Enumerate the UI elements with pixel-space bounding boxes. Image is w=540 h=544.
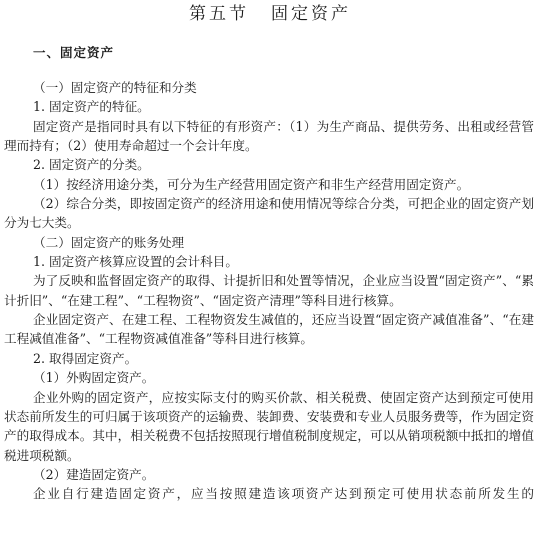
title-section-number: 第五节 [189, 4, 249, 24]
item-classification: 2. 固定资产的分类。 [4, 155, 534, 174]
item-accounts: 1. 固定资产核算应设置的会计科目。 [4, 252, 534, 271]
paragraph-impairment-accounts: 企业固定资产、在建工程、工程物资发生减值的，还应当设置“固定资产减值准备”、“在… [4, 310, 534, 349]
body-text: （一）固定资产的特征和分类 1. 固定资产的特征。 固定资产是指同时具有以下特征… [4, 78, 534, 504]
paragraph-accounts-setup: 为了反映和监督固定资产的取得、计提折旧和处置等情况，企业应当设置“固定资产”、“… [4, 271, 534, 310]
paragraph-classification-by-use: （1）按经济用途分类，可分为生产经营用固定资产和非生产经营用固定资产。 [4, 175, 534, 194]
item-characteristics: 1. 固定资产的特征。 [4, 97, 534, 116]
item-acquisition: 2. 取得固定资产。 [4, 349, 534, 368]
paragraph-definition: 固定资产是指同时具有以下特征的有形资产：（1）为生产商品、提供劳务、出租或经营管… [4, 117, 534, 156]
title-section-name: 固定资产 [271, 4, 351, 24]
subheading-accounting: （二）固定资产的账务处理 [4, 233, 534, 252]
section-heading: 一、固定资产 [33, 44, 114, 62]
paragraph-purchased-cost: 企业外购的固定资产，应按实际支付的购买价款、相关税费、使固定资产达到预定可使用状… [4, 388, 534, 465]
item-purchased-assets: （1）外购固定资产。 [4, 368, 534, 387]
document-page: 第五节固定资产 一、固定资产 （一）固定资产的特征和分类 1. 固定资产的特征。… [0, 0, 540, 544]
subheading-characteristics-classification: （一）固定资产的特征和分类 [4, 78, 534, 97]
item-constructed-assets: （2）建造固定资产。 [4, 465, 534, 484]
page-title: 第五节固定资产 [0, 3, 540, 25]
paragraph-constructed-cost: 企业自行建造固定资产，应当按照建造该项资产达到预定可使用状态前所发生的 [4, 484, 534, 503]
paragraph-comprehensive-classification: （2）综合分类，即按固定资产的经济用途和使用情况等综合分类，可把企业的固定资产划… [4, 194, 534, 233]
